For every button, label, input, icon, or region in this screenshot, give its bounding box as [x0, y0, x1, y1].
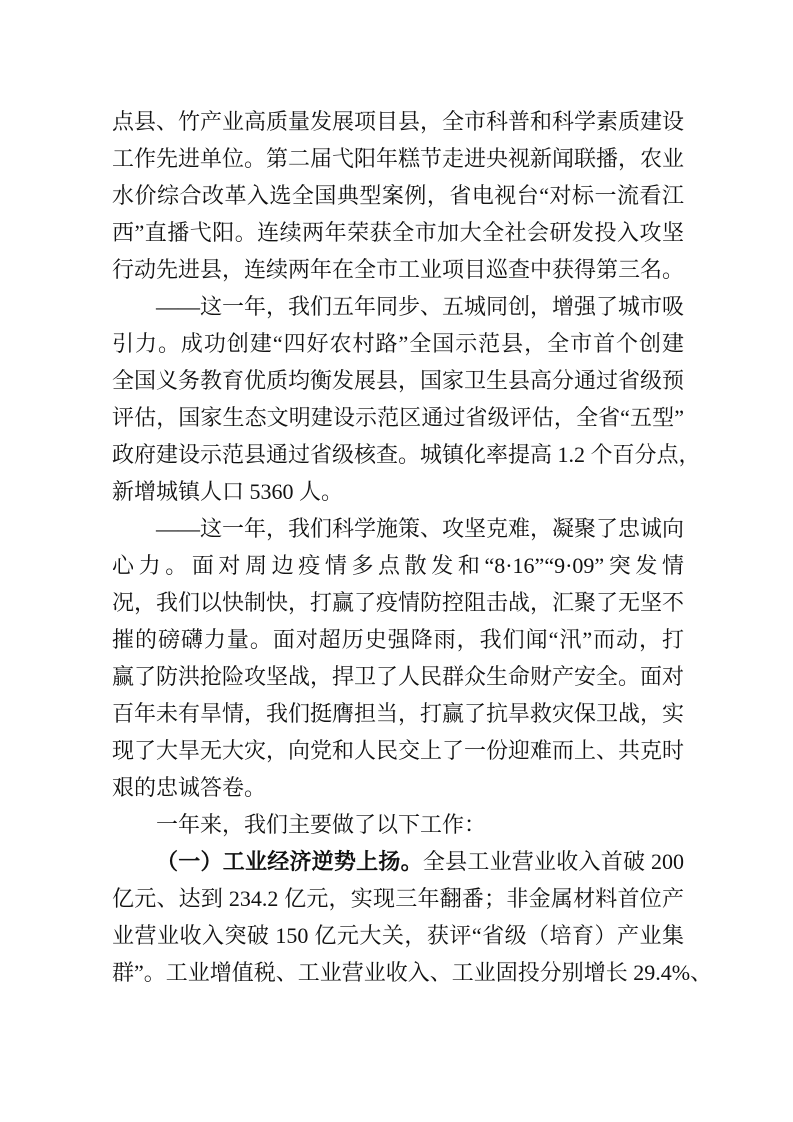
section-heading-run: （一）工业经济逆势上扬。 [156, 849, 423, 874]
body-text-run: 现了大旱无大灾，向党和人民交上了一份迎难而上、共克时 [112, 738, 684, 763]
body-text-run: ——这一年，我们科学施策、攻坚克难，凝聚了忠诚向 [156, 516, 684, 541]
body-text-run: 引力。成功创建“四好农村路”全国示范县，全市首个创建 [112, 331, 684, 356]
body-text-run: 西”直播弋阳。连续两年荣获全市加大全社会研发投入攻坚 [112, 220, 684, 245]
body-text-run: 心力。面对周边疫情多点散发和“8·16”“9·09”突发情 [112, 553, 684, 578]
text-line: 点县、竹产业高质量发展项目县，全市科普和科学素质建设 [112, 103, 684, 140]
body-text-run: 赢了防洪抢险攻坚战，捍卫了人民群众生命财产安全。面对 [112, 664, 684, 689]
text-line: （一）工业经济逆势上扬。全县工业营业收入首破 200 [112, 843, 684, 880]
body-text-run: 况，我们以快制快，打赢了疫情防控阻击战，汇聚了无坚不 [112, 590, 684, 615]
text-line: 现了大旱无大灾，向党和人民交上了一份迎难而上、共克时 [112, 732, 684, 769]
body-text-run: 评估，国家生态文明建设示范区通过省级评估，全省“五型” [112, 405, 684, 430]
text-line: 艰的忠诚答卷。 [112, 769, 684, 806]
text-line: 一年来，我们主要做了以下工作： [112, 806, 684, 843]
text-line: 亿元、达到 234.2 亿元，实现三年翻番；非金属材料首位产 [112, 880, 684, 917]
body-text-run: 全县工业营业收入首破 200 [423, 849, 684, 874]
body-text-run: ——这一年，我们五年同步、五城同创，增强了城市吸 [156, 294, 684, 319]
text-line: 赢了防洪抢险攻坚战，捍卫了人民群众生命财产安全。面对 [112, 658, 684, 695]
body-text-run: 一年来，我们主要做了以下工作： [156, 812, 486, 837]
text-line: 评估，国家生态文明建设示范区通过省级评估，全省“五型” [112, 399, 684, 436]
body-text-run: 水价综合改革入选全国典型案例，省电视台“对标一流看江 [112, 183, 684, 208]
body-text-run: 点县、竹产业高质量发展项目县，全市科普和科学素质建设 [112, 109, 684, 134]
text-line: 全国义务教育优质均衡发展县，国家卫生县高分通过省级预 [112, 362, 684, 399]
text-line: 新增城镇人口 5360 人。 [112, 473, 684, 510]
document-page: 点县、竹产业高质量发展项目县，全市科普和科学素质建设工作先进单位。第二届弋阳年糕… [0, 0, 793, 1122]
body-text-run: 亿元、达到 234.2 亿元，实现三年翻番；非金属材料首位产 [112, 886, 684, 911]
text-line: 况，我们以快制快，打赢了疫情防控阻击战，汇聚了无坚不 [112, 584, 684, 621]
body-text-run: 艰的忠诚答卷。 [112, 775, 266, 800]
body-text-run: 百年未有旱情，我们挺膺担当，打赢了抗旱救灾保卫战，实 [112, 701, 684, 726]
body-text-run: 摧的磅礴力量。面对超历史强降雨，我们闻“汛”而动，打 [112, 627, 684, 652]
body-text-run: 全国义务教育优质均衡发展县，国家卫生县高分通过省级预 [112, 368, 684, 393]
text-line: 摧的磅礴力量。面对超历史强降雨，我们闻“汛”而动，打 [112, 621, 684, 658]
text-line: 心力。面对周边疫情多点散发和“8·16”“9·09”突发情 [112, 547, 684, 584]
body-text-run: 新增城镇人口 5360 人。 [112, 479, 343, 504]
text-line: ——这一年，我们科学施策、攻坚克难，凝聚了忠诚向 [112, 510, 684, 547]
text-line: ——这一年，我们五年同步、五城同创，增强了城市吸 [112, 288, 684, 325]
text-line: 行动先进县，连续两年在全市工业项目巡查中获得第三名。 [112, 251, 684, 288]
text-line: 西”直播弋阳。连续两年荣获全市加大全社会研发投入攻坚 [112, 214, 684, 251]
text-line: 引力。成功创建“四好农村路”全国示范县，全市首个创建 [112, 325, 684, 362]
text-line: 群”。工业增值税、工业营业收入、工业固投分别增长 29.4%、 [112, 954, 684, 991]
body-text-run: 业营业收入突破 150 亿元大关，获评“省级（培育）产业集 [112, 923, 684, 948]
body-text-run: 工作先进单位。第二届弋阳年糕节走进央视新闻联播，农业 [112, 146, 684, 171]
text-line: 业营业收入突破 150 亿元大关，获评“省级（培育）产业集 [112, 917, 684, 954]
text-line: 水价综合改革入选全国典型案例，省电视台“对标一流看江 [112, 177, 684, 214]
body-text-run: 群”。工业增值税、工业营业收入、工业固投分别增长 29.4%、 [112, 960, 712, 985]
text-line: 百年未有旱情，我们挺膺担当，打赢了抗旱救灾保卫战，实 [112, 695, 684, 732]
body-text-run: 政府建设示范县通过省级核查。城镇化率提高 1.2 个百分点， [112, 442, 701, 467]
text-line: 政府建设示范县通过省级核查。城镇化率提高 1.2 个百分点， [112, 436, 684, 473]
text-line: 工作先进单位。第二届弋阳年糕节走进央视新闻联播，农业 [112, 140, 684, 177]
body-text-run: 行动先进县，连续两年在全市工业项目巡查中获得第三名。 [112, 257, 684, 282]
text-block: 点县、竹产业高质量发展项目县，全市科普和科学素质建设工作先进单位。第二届弋阳年糕… [112, 103, 684, 991]
